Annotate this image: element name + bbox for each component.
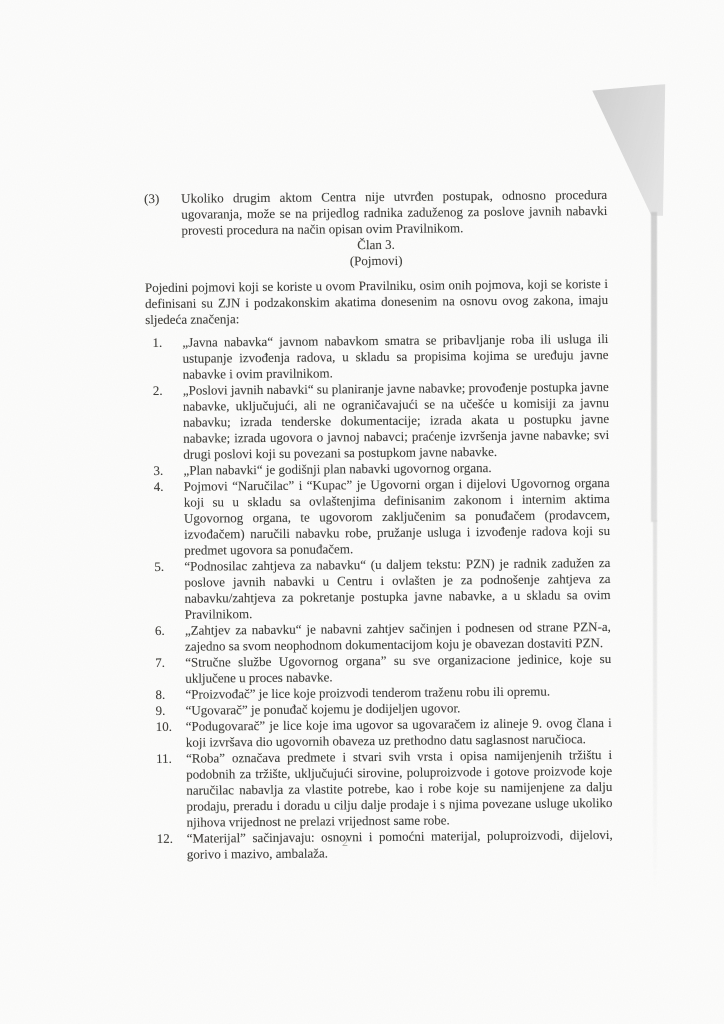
definition-text: “Roba” označava predmete i stvari svih v… [186, 747, 613, 831]
article-heading: Član 3. (Pojmovi) [144, 235, 607, 271]
clause-marker: (3) [144, 191, 181, 239]
definition-item: 12. “Materijal” sačinjavaju: osnovni i p… [157, 827, 613, 863]
definition-text: “Stručne službe Ugovornog organa” su sve… [185, 651, 611, 687]
definition-number: 6. [155, 623, 185, 655]
scan-fold-crease-line-faint [653, 520, 657, 890]
definition-item: 11. “Roba” označava predmete i stvari sv… [156, 747, 613, 831]
definition-number: 5. [154, 559, 185, 623]
scanned-document-page: (3) Ukoliko drugim aktom Centra nije utv… [0, 0, 724, 1024]
definition-number: 4. [154, 479, 185, 559]
definition-text: „Poslovi javnih nabavki“ su planiranje j… [183, 379, 610, 463]
document-text-block: (3) Ukoliko drugim aktom Centra nije utv… [144, 187, 613, 863]
definitions-list: 1. „Javna nabavka“ javnom nabavkom smatr… [145, 331, 613, 863]
scan-fold-crease-line [651, 212, 657, 522]
definition-item: 4. Pojmovi “Naručilac” i “Kupac” je Ugov… [154, 475, 611, 559]
definition-text: “Podnosilac zahtjeva za nabavku“ (u dalj… [184, 555, 611, 623]
definition-number: 11. [156, 751, 187, 831]
definition-text: „Javna nabavka“ javnom nabavkom smatra s… [182, 331, 608, 383]
definition-item: 6. „Zahtjev za nabavku“ je nabavni zahtj… [155, 619, 611, 655]
definition-number: 7. [155, 655, 185, 687]
definition-item: 1. „Javna nabavka“ javnom nabavkom smatr… [152, 331, 608, 383]
definition-text: „Zahtjev za nabavku“ je nabavni zahtjev … [185, 619, 611, 655]
page-number: 2 [330, 835, 360, 850]
clause-3-paragraph: (3) Ukoliko drugim aktom Centra nije utv… [144, 187, 607, 239]
intro-paragraph: Pojedini pojmovi koji se koriste u ovom … [145, 276, 608, 328]
definition-number: 1. [152, 335, 182, 383]
definition-item: 7. “Stručne službe Ugovornog organa” su … [155, 651, 611, 687]
definition-item: 2. „Poslovi javnih nabavki“ su planiranj… [153, 379, 610, 463]
definition-number: 2. [153, 383, 184, 463]
definition-number: 3. [153, 463, 183, 479]
definition-text: “Podugovarač” je lice koje ima ugovor sa… [186, 715, 612, 751]
clause-text: Ukoliko drugim aktom Centra nije utvrđen… [181, 187, 607, 239]
article-subtitle: (Pojmovi) [145, 251, 608, 271]
definition-number: 10. [156, 719, 186, 751]
definition-text: Pojmovi “Naručilac” i “Kupac” je Ugovorn… [184, 475, 611, 559]
definition-number: 9. [156, 703, 186, 719]
definition-number: 12. [157, 831, 187, 863]
definition-item: 10. “Podugovarač” je lice koje ima ugovo… [156, 715, 612, 751]
definition-text: “Materijal” sačinjavaju: osnovni i pomoć… [187, 827, 613, 863]
definition-number: 8. [155, 687, 185, 703]
definition-item: 5. “Podnosilac zahtjeva za nabavku“ (u d… [154, 555, 611, 623]
